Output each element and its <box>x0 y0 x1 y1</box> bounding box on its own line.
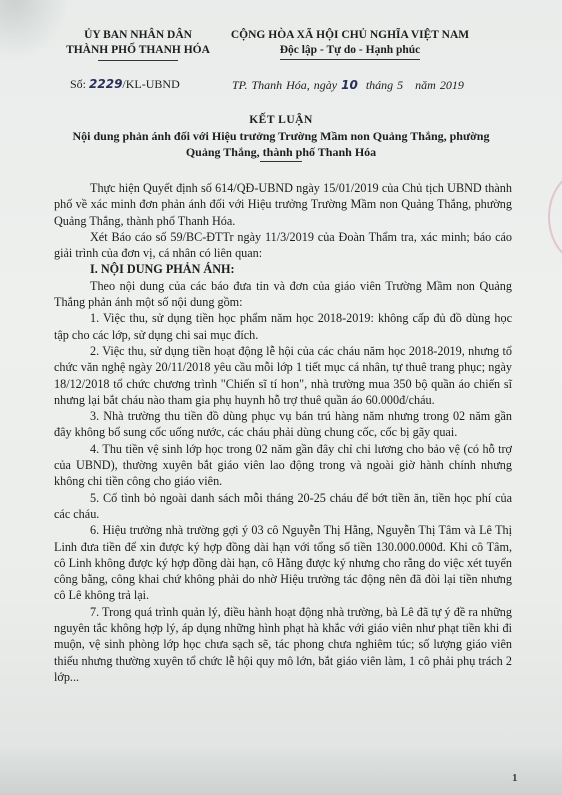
document-date: TP. Thanh Hóa, ngày 10 tháng 5 năm 2019 <box>232 78 464 93</box>
list-item: 5. Cố tình bỏ ngoài danh sách mỗi tháng … <box>54 490 512 523</box>
title-subtitle-2: Quảng Thắng, thành phố Thanh Hóa <box>40 144 522 160</box>
national-header: CỘNG HÒA XÃ HỘI CHỦ NGHĨA VIỆT NAM Độc l… <box>230 28 470 60</box>
title-underline <box>260 161 302 162</box>
list-item: 3. Nhà trường thu tiền đồ dùng phục vụ b… <box>54 408 512 441</box>
list-item: 6. Hiệu trưởng nhà trường gợi ý 03 cô Ng… <box>54 522 512 603</box>
list-item: 7. Trong quá trình quản lý, điều hành ho… <box>54 604 512 685</box>
document-title: KẾT LUẬN Nội dung phản ánh đối với Hiệu … <box>40 112 522 162</box>
document-page: ỦY BAN NHÂN DÂN THÀNH PHỐ THANH HÓA CỘNG… <box>0 0 562 795</box>
national-motto: Độc lập - Tự do - Hạnh phúc <box>280 43 421 60</box>
intro-paragraph-2: Xét Báo cáo số 59/BC-ĐTTr ngày 11/3/2019… <box>54 229 512 262</box>
national-title: CỘNG HÒA XÃ HỘI CHỦ NGHĨA VIỆT NAM <box>230 28 470 43</box>
red-stamp-fragment <box>548 170 562 264</box>
title-subtitle-1: Nội dung phản ánh đối với Hiệu trưởng Tr… <box>40 128 522 144</box>
list-item: 4. Thu tiền vệ sinh lớp học trong 02 năm… <box>54 441 512 490</box>
section-intro: Theo nội dung của các báo đưa tin và đơn… <box>54 278 512 311</box>
intro-paragraph-1: Thực hiện Quyết định số 614/QĐ-UBND ngày… <box>54 180 512 229</box>
handwritten-day: 10 <box>341 78 358 92</box>
document-number: Số: 2229/KL-UBND <box>70 77 180 92</box>
photo-shadow-bottom <box>0 745 562 795</box>
list-item: 1. Việc thu, sử dụng tiền học phẩm năm h… <box>54 310 512 343</box>
authority-line-1: ỦY BAN NHÂN DÂN <box>58 28 218 43</box>
authority-line-2: THÀNH PHỐ THANH HÓA <box>58 43 218 58</box>
title-heading: KẾT LUẬN <box>40 112 522 128</box>
list-item: 2. Việc thu, sử dụng tiền hoạt động lễ h… <box>54 343 512 408</box>
document-body: Thực hiện Quyết định số 614/QĐ-UBND ngày… <box>54 180 512 685</box>
authority-underline <box>98 60 178 61</box>
handwritten-number: 2229 <box>89 77 122 91</box>
issuing-authority: ỦY BAN NHÂN DÂN THÀNH PHỐ THANH HÓA <box>58 28 218 61</box>
section-heading: I. NỘI DUNG PHẢN ÁNH: <box>54 261 512 277</box>
